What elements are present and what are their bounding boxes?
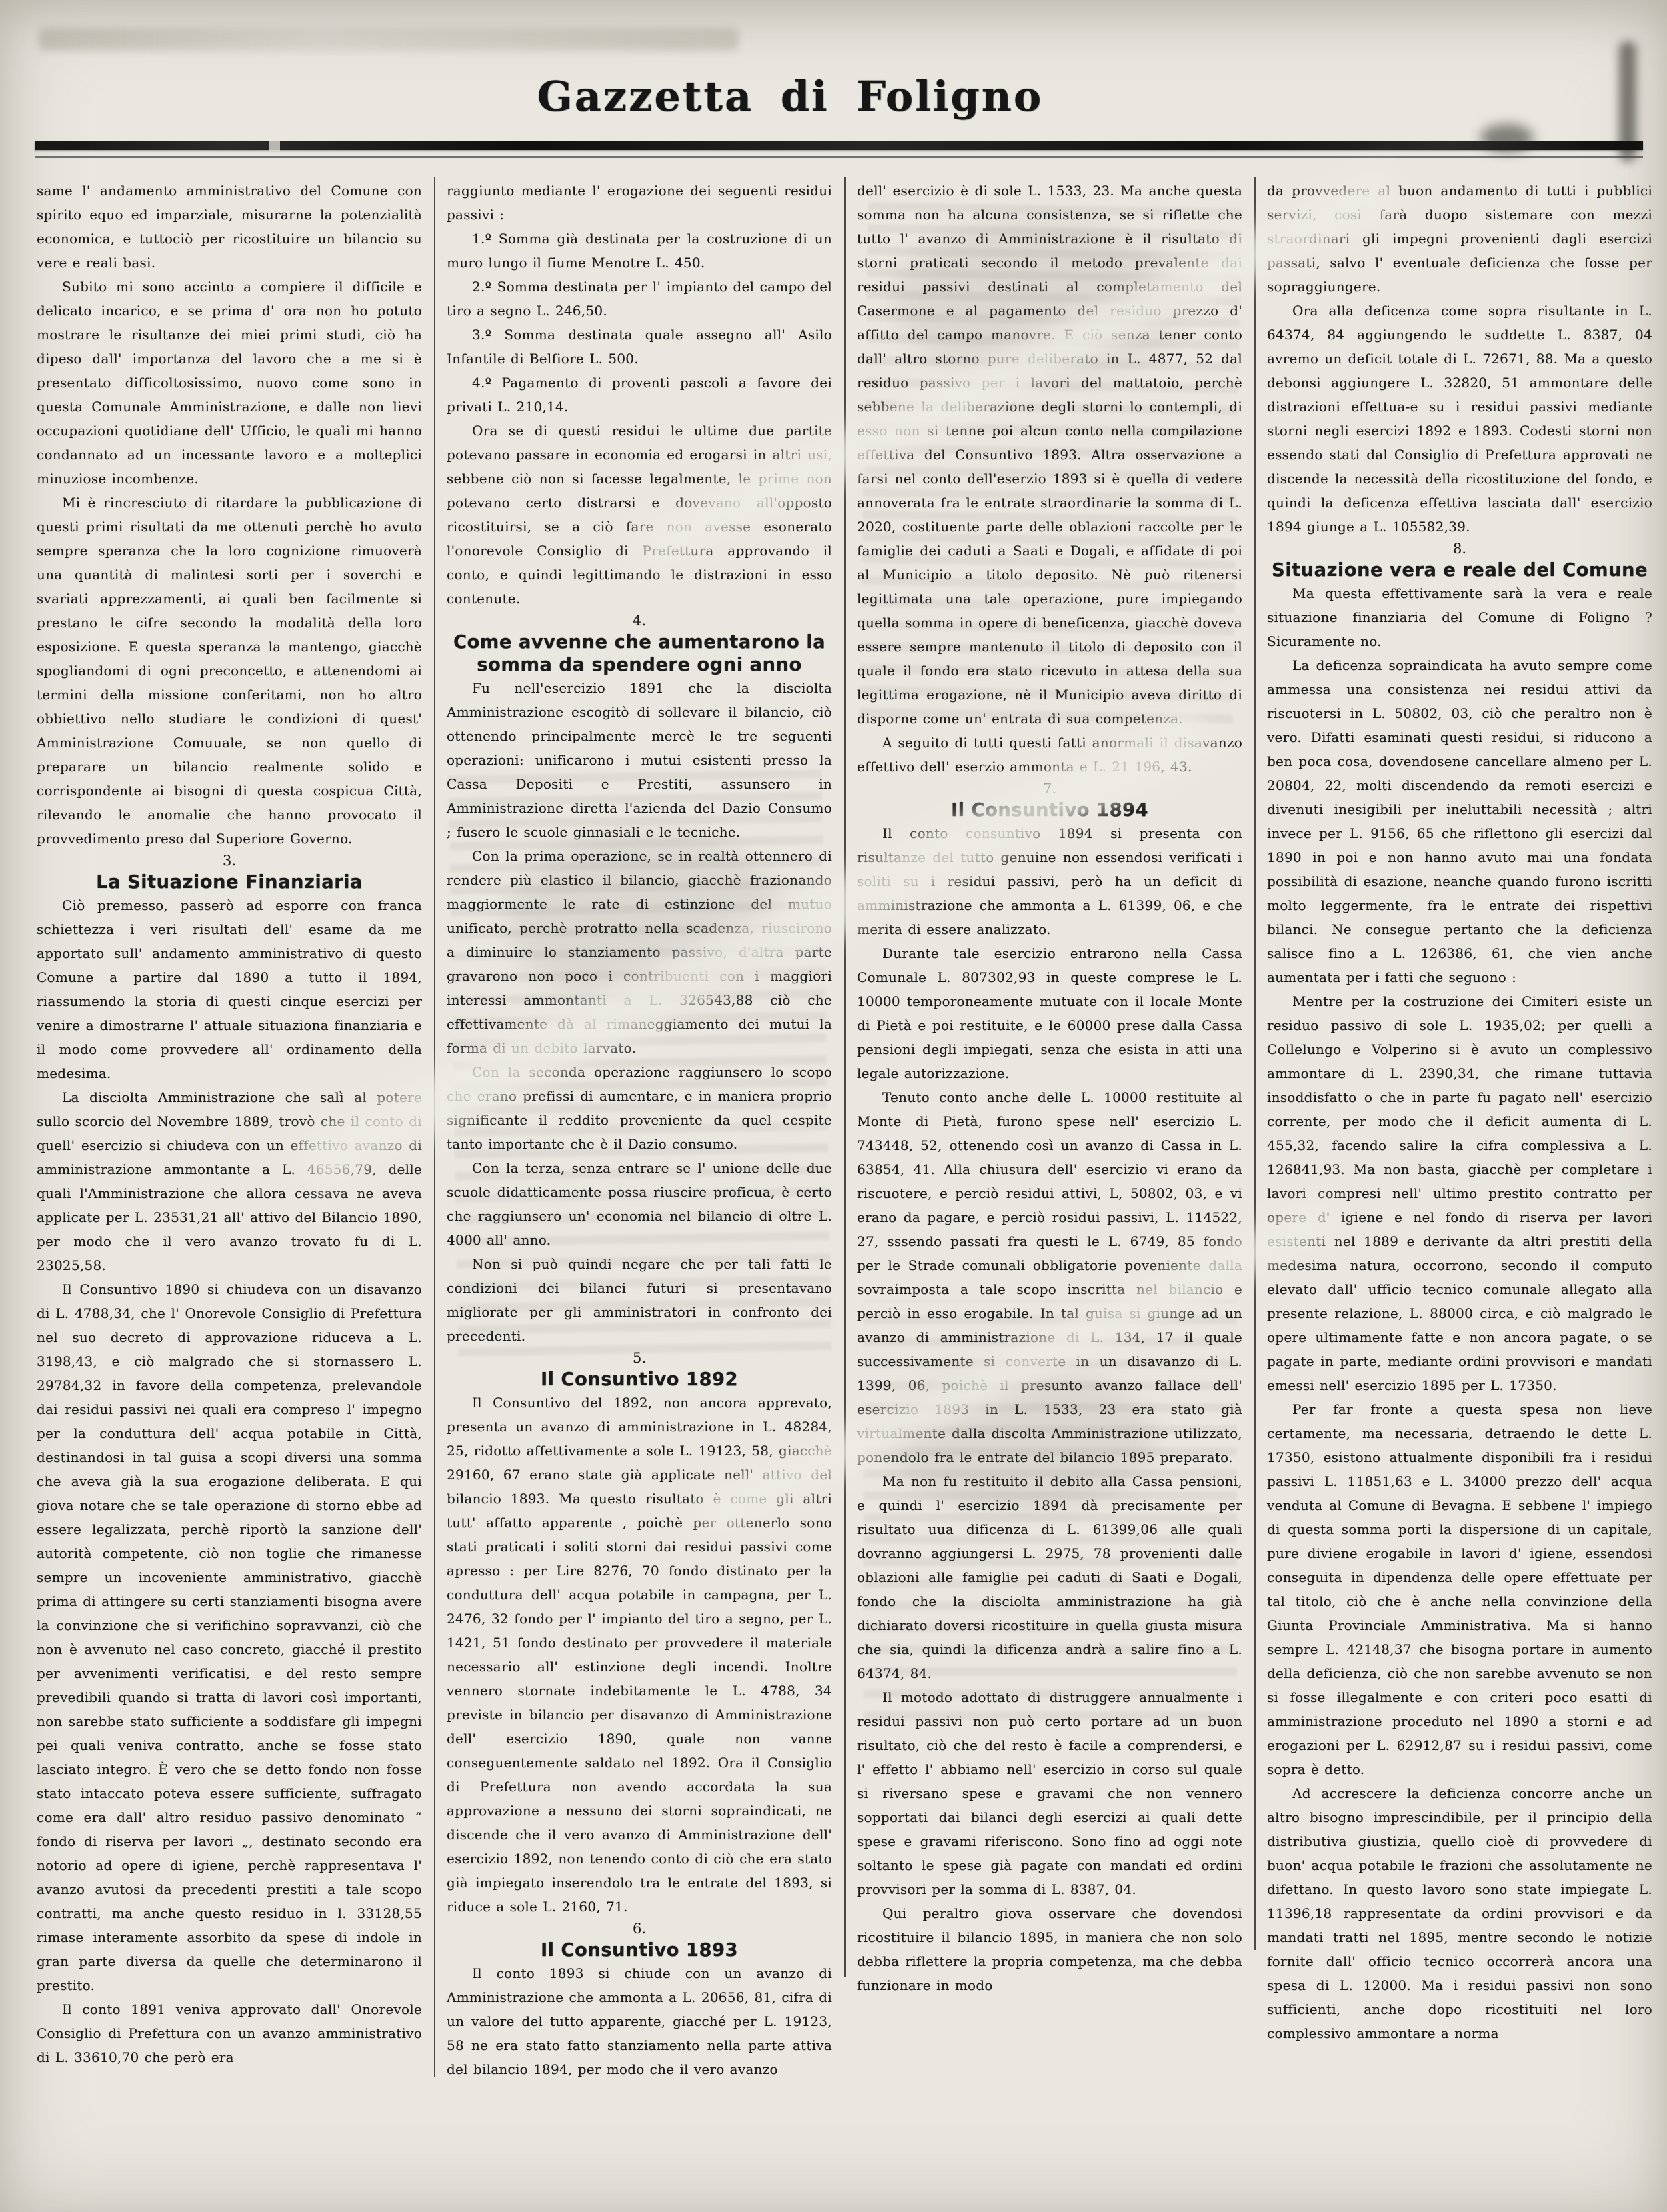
paragraph: Non si può quindi negare che per tali fa…: [447, 1252, 832, 1348]
paragraph: 1.º Somma già destinata per la costruzio…: [447, 227, 832, 275]
masthead-rule-break: [269, 141, 280, 151]
paragraph: same l' andamento amministrativo del Com…: [37, 179, 422, 275]
paragraph: Ma questa effettivamente sarà la vera e …: [1267, 581, 1652, 653]
paragraph: Il Consuntivo del 1892, non ancora appre…: [447, 1391, 832, 1919]
paragraph: Mi è rincresciuto di ritardare la pubbli…: [37, 491, 422, 851]
paragraph: Il Consuntivo 1890 si chiudeva con un di…: [37, 1277, 422, 1997]
paragraph: Il conto consuntivo 1894 si presenta con…: [857, 821, 1242, 941]
section-number: 4.: [447, 611, 832, 631]
scan-smudge-top-left: [39, 28, 739, 51]
paragraph: 4.º Pagamento di proventi pascoli a favo…: [447, 371, 832, 419]
paragraph: Con la seconda operazione raggiunsero lo…: [447, 1060, 832, 1156]
paragraph: La deficenza sopraindicata ha avuto semp…: [1267, 653, 1652, 989]
column-2: raggiunto mediante l' erogazione dei seg…: [447, 179, 832, 2081]
paragraph: Con la prima operazione, se in realtà ot…: [447, 844, 832, 1060]
section-heading: Il Consuntivo 1894: [857, 799, 1242, 821]
article-columns: same l' andamento amministrativo del Com…: [37, 179, 1652, 2081]
section-heading: Come avvenne che aumentarono la somma da…: [447, 631, 832, 676]
column-3: dell' esercizio è di sole L. 1533, 23. M…: [857, 179, 1242, 1997]
paragraph: raggiunto mediante l' erogazione dei seg…: [447, 179, 832, 227]
column-1: same l' andamento amministrativo del Com…: [37, 179, 422, 2069]
paragraph: Con la terza, senza entrare se l' unione…: [447, 1156, 832, 1252]
paragraph: Ora se di questi residui le ultime due p…: [447, 419, 832, 611]
section-heading: La Situazione Finanziaria: [37, 871, 422, 893]
paragraph: Tenuto conto anche delle L. 10000 restit…: [857, 1085, 1242, 1469]
section-heading: Il Consuntivo 1893: [447, 1939, 832, 1961]
paragraph: Ad accrescere la deficienza concorre anc…: [1267, 1781, 1652, 2045]
paragraph: Per far fronte a questa spesa non lieve …: [1267, 1397, 1652, 1781]
section-number: 8.: [1267, 539, 1652, 559]
paragraph: Qui peraltro giova osservare che dovendo…: [857, 1901, 1242, 1997]
paragraph: Il conto 1891 veniva approvato dall' Ono…: [37, 1997, 422, 2069]
column-4: da provvedere al buon andamento di tutti…: [1267, 179, 1652, 2045]
paragraph: Mentre per la costruzione dei Cimiteri e…: [1267, 989, 1652, 1397]
paragraph: 2.º Somma destinata per l' impianto del …: [447, 275, 832, 323]
paragraph: Fu nell'esercizio 1891 che la disciolta …: [447, 676, 832, 844]
masthead-title: Gazzetta di Foligno: [0, 72, 1667, 121]
section-number: 7.: [857, 779, 1242, 799]
masthead-rule-thin: [35, 156, 1643, 158]
paragraph: La disciolta Amministrazione che salì al…: [37, 1085, 422, 1277]
section-number: 5.: [447, 1348, 832, 1368]
paragraph: Subito mi sono accinto a compiere il dif…: [37, 275, 422, 491]
paragraph: Il conto 1893 si chiude con un avanzo di…: [447, 1961, 832, 2081]
paragraph: Ciò premesso, passerò ad esporre con fra…: [37, 893, 422, 1085]
paragraph: dell' esercizio è di sole L. 1533, 23. M…: [857, 179, 1242, 731]
section-number: 6.: [447, 1919, 832, 1939]
section-number: 3.: [37, 851, 422, 871]
paragraph: A seguito di tutti questi fatti anormali…: [857, 731, 1242, 779]
paragraph: 3.º Somma destinata quale assegno all' A…: [447, 323, 832, 371]
paragraph: Il motodo adottato di distruggere annual…: [857, 1685, 1242, 1901]
section-heading: Situazione vera e reale del Comune: [1267, 559, 1652, 581]
paragraph: Ma non fu restituito il debito alla Cass…: [857, 1469, 1242, 1685]
section-heading: Il Consuntivo 1892: [447, 1368, 832, 1391]
paragraph: Durante tale esercizio entrarono nella C…: [857, 941, 1242, 1085]
paragraph: Ora alla deficenza come sopra risultante…: [1267, 299, 1652, 539]
paragraph: da provvedere al buon andamento di tutti…: [1267, 179, 1652, 299]
